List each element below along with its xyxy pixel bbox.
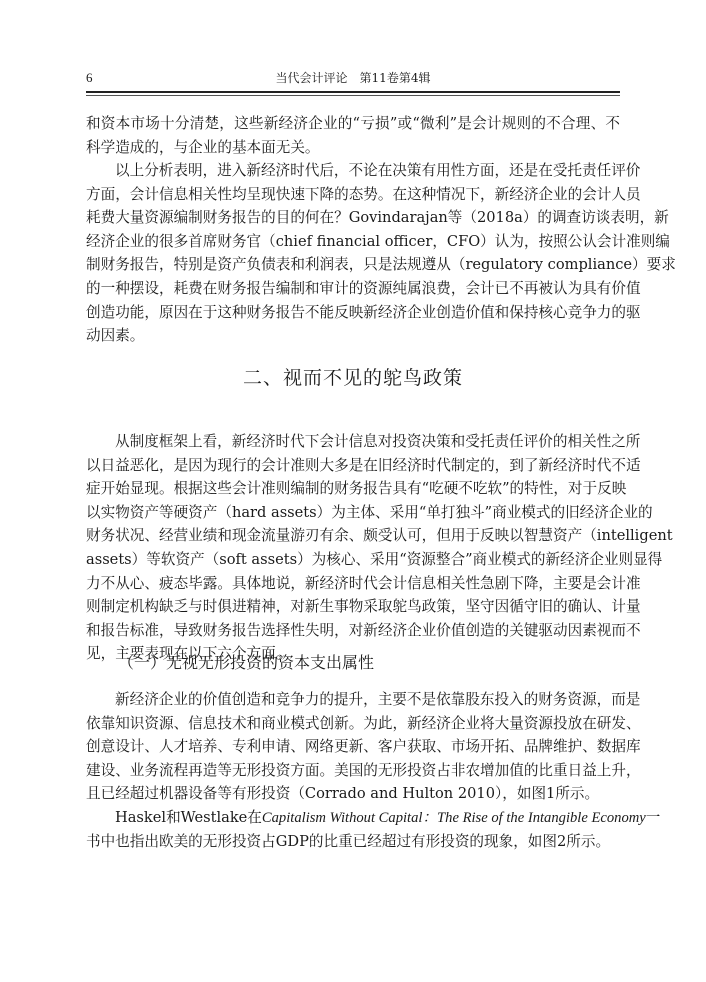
text-line: 科学造成的，与企业的基本面无关。 xyxy=(86,136,620,160)
book-title: Capitalism Without Capital：The Rise of t… xyxy=(262,810,646,826)
text-line: 和资本市场十分清楚，这些新经济企业的“亏损”或“微利”是会计规则的不合理、不 xyxy=(86,112,620,136)
text-fragment: Haskel和Westlake在 xyxy=(115,809,262,826)
journal-title: 当代会计评论 第11卷第4辑 xyxy=(86,68,620,88)
paragraph-intangible-investment: 新经济企业的价值创造和竞争力的提升，主要不是依靠股东投入的财务资源，而是 依靠知… xyxy=(86,688,620,806)
section-heading: 二、视而不见的鸵鸟政策 xyxy=(86,365,620,391)
text-line: 以日益恶化，是因为现行的会计准则大多是在旧经济时代制定的，到了新经济时代不适 xyxy=(86,454,620,478)
text-line: 耗费大量资源编制财务报告的目的何在？Govindarajan等（2018a）的调… xyxy=(86,206,620,230)
text-line: 且已经超过机器设备等有形投资（Corrado and Hulton 2010），… xyxy=(86,782,620,806)
paragraph-framework: 从制度框架上看，新经济时代下会计信息对投资决策和受托责任评价的相关性之所 以日益… xyxy=(86,430,620,666)
text-line: 创造功能，原因在于这种财务报告不能反映新经济企业创造价值和保持核心竞争力的驱 xyxy=(86,301,620,325)
text-fragment: 一 xyxy=(646,809,661,826)
text-line: 方面，会计信息相关性均呈现快速下降的态势。在这种情况下，新经济企业的会计人员 xyxy=(86,183,620,207)
paragraph: Haskel和Westlake在Capitalism Without Capit… xyxy=(86,806,620,853)
paragraph: 和资本市场十分清楚，这些新经济企业的“亏损”或“微利”是会计规则的不合理、不 科… xyxy=(86,112,620,159)
text-line: 以实物资产等硬资产（hard assets）为主体、采用“单打独斗”商业模式的旧… xyxy=(86,501,620,525)
text-line: 经济企业的很多首席财务官（chief financial officer，CFO… xyxy=(86,230,620,254)
text-line: 建设、业务流程再造等无形投资方面。美国的无形投资占非农增加值的比重日益上升， xyxy=(86,759,620,783)
text-line: 制财务报告，特别是资产负债表和利润表，只是法规遵从（regulatory com… xyxy=(86,253,620,277)
text-line: 财务状况、经营业绩和现金流量游刃有余、颇受认可，但用于反映以智慧资产（intel… xyxy=(86,524,620,548)
text-line: assets）等软资产（soft assets）为核心、采用“资源整合”商业模式… xyxy=(86,548,620,572)
paragraph-haskel-westlake: Haskel和Westlake在Capitalism Without Capit… xyxy=(86,806,620,853)
text-line: 和报告标准，导致财务报告选择性失明，对新经济企业价值创造的关键驱动因素视而不 xyxy=(86,619,620,643)
text-line: 动因素。 xyxy=(86,324,620,348)
header-rule-thin xyxy=(86,95,620,96)
text-line: 书中也指出欧美的无形投资占GDP的比重已经超过有形投资的现象，如图2所示。 xyxy=(86,830,620,854)
text-line: 创意设计、人才培养、专利申请、网络更新、客户获取、市场开拓、品牌维护、数据库 xyxy=(86,735,620,759)
text-line: 新经济企业的价值创造和竞争力的提升，主要不是依靠股东投入的财务资源，而是 xyxy=(86,688,620,712)
subsection-heading: （一）无视无形投资的资本支出属性 xyxy=(118,651,374,675)
text-line: 的一种摆设，耗费在财务报告编制和审计的资源纯属浪费，会计已不再被认为具有价值 xyxy=(86,277,620,301)
running-header: 6 当代会计评论 第11卷第4辑 xyxy=(86,68,620,88)
paragraph: 新经济企业的价值创造和竞争力的提升，主要不是依靠股东投入的财务资源，而是 依靠知… xyxy=(86,688,620,806)
text-line: 则制定机构缺乏与时俱进精神，对新生事物采取鸵鸟政策，坚守因循守旧的确认、计量 xyxy=(86,595,620,619)
text-line: 从制度框架上看，新经济时代下会计信息对投资决策和受托责任评价的相关性之所 xyxy=(86,430,620,454)
header-rule-thick xyxy=(86,91,620,93)
paragraph: 以上分析表明，进入新经济时代后，不论在决策有用性方面，还是在受托责任评价 方面，… xyxy=(86,159,620,348)
text-line: 症开始显现。根据这些会计准则编制的财务报告具有“吃硬不吃软”的特性，对于反映 xyxy=(86,477,620,501)
paragraph: 从制度框架上看，新经济时代下会计信息对投资决策和受托责任评价的相关性之所 以日益… xyxy=(86,430,620,666)
text-line: Haskel和Westlake在Capitalism Without Capit… xyxy=(86,806,620,830)
paragraph-continuation: 和资本市场十分清楚，这些新经济企业的“亏损”或“微利”是会计规则的不合理、不 科… xyxy=(86,112,620,159)
text-line: 依靠知识资源、信息技术和商业模式创新。为此，新经济企业将大量资源投放在研发、 xyxy=(86,712,620,736)
text-line: 以上分析表明，进入新经济时代后，不论在决策有用性方面，还是在受托责任评价 xyxy=(86,159,620,183)
paragraph-analysis: 以上分析表明，进入新经济时代后，不论在决策有用性方面，还是在受托责任评价 方面，… xyxy=(86,159,620,348)
header-divider xyxy=(86,91,620,96)
text-line: 力不从心、疲态毕露。具体地说，新经济时代会计信息相关性急剧下降，主要是会计准 xyxy=(86,572,620,596)
